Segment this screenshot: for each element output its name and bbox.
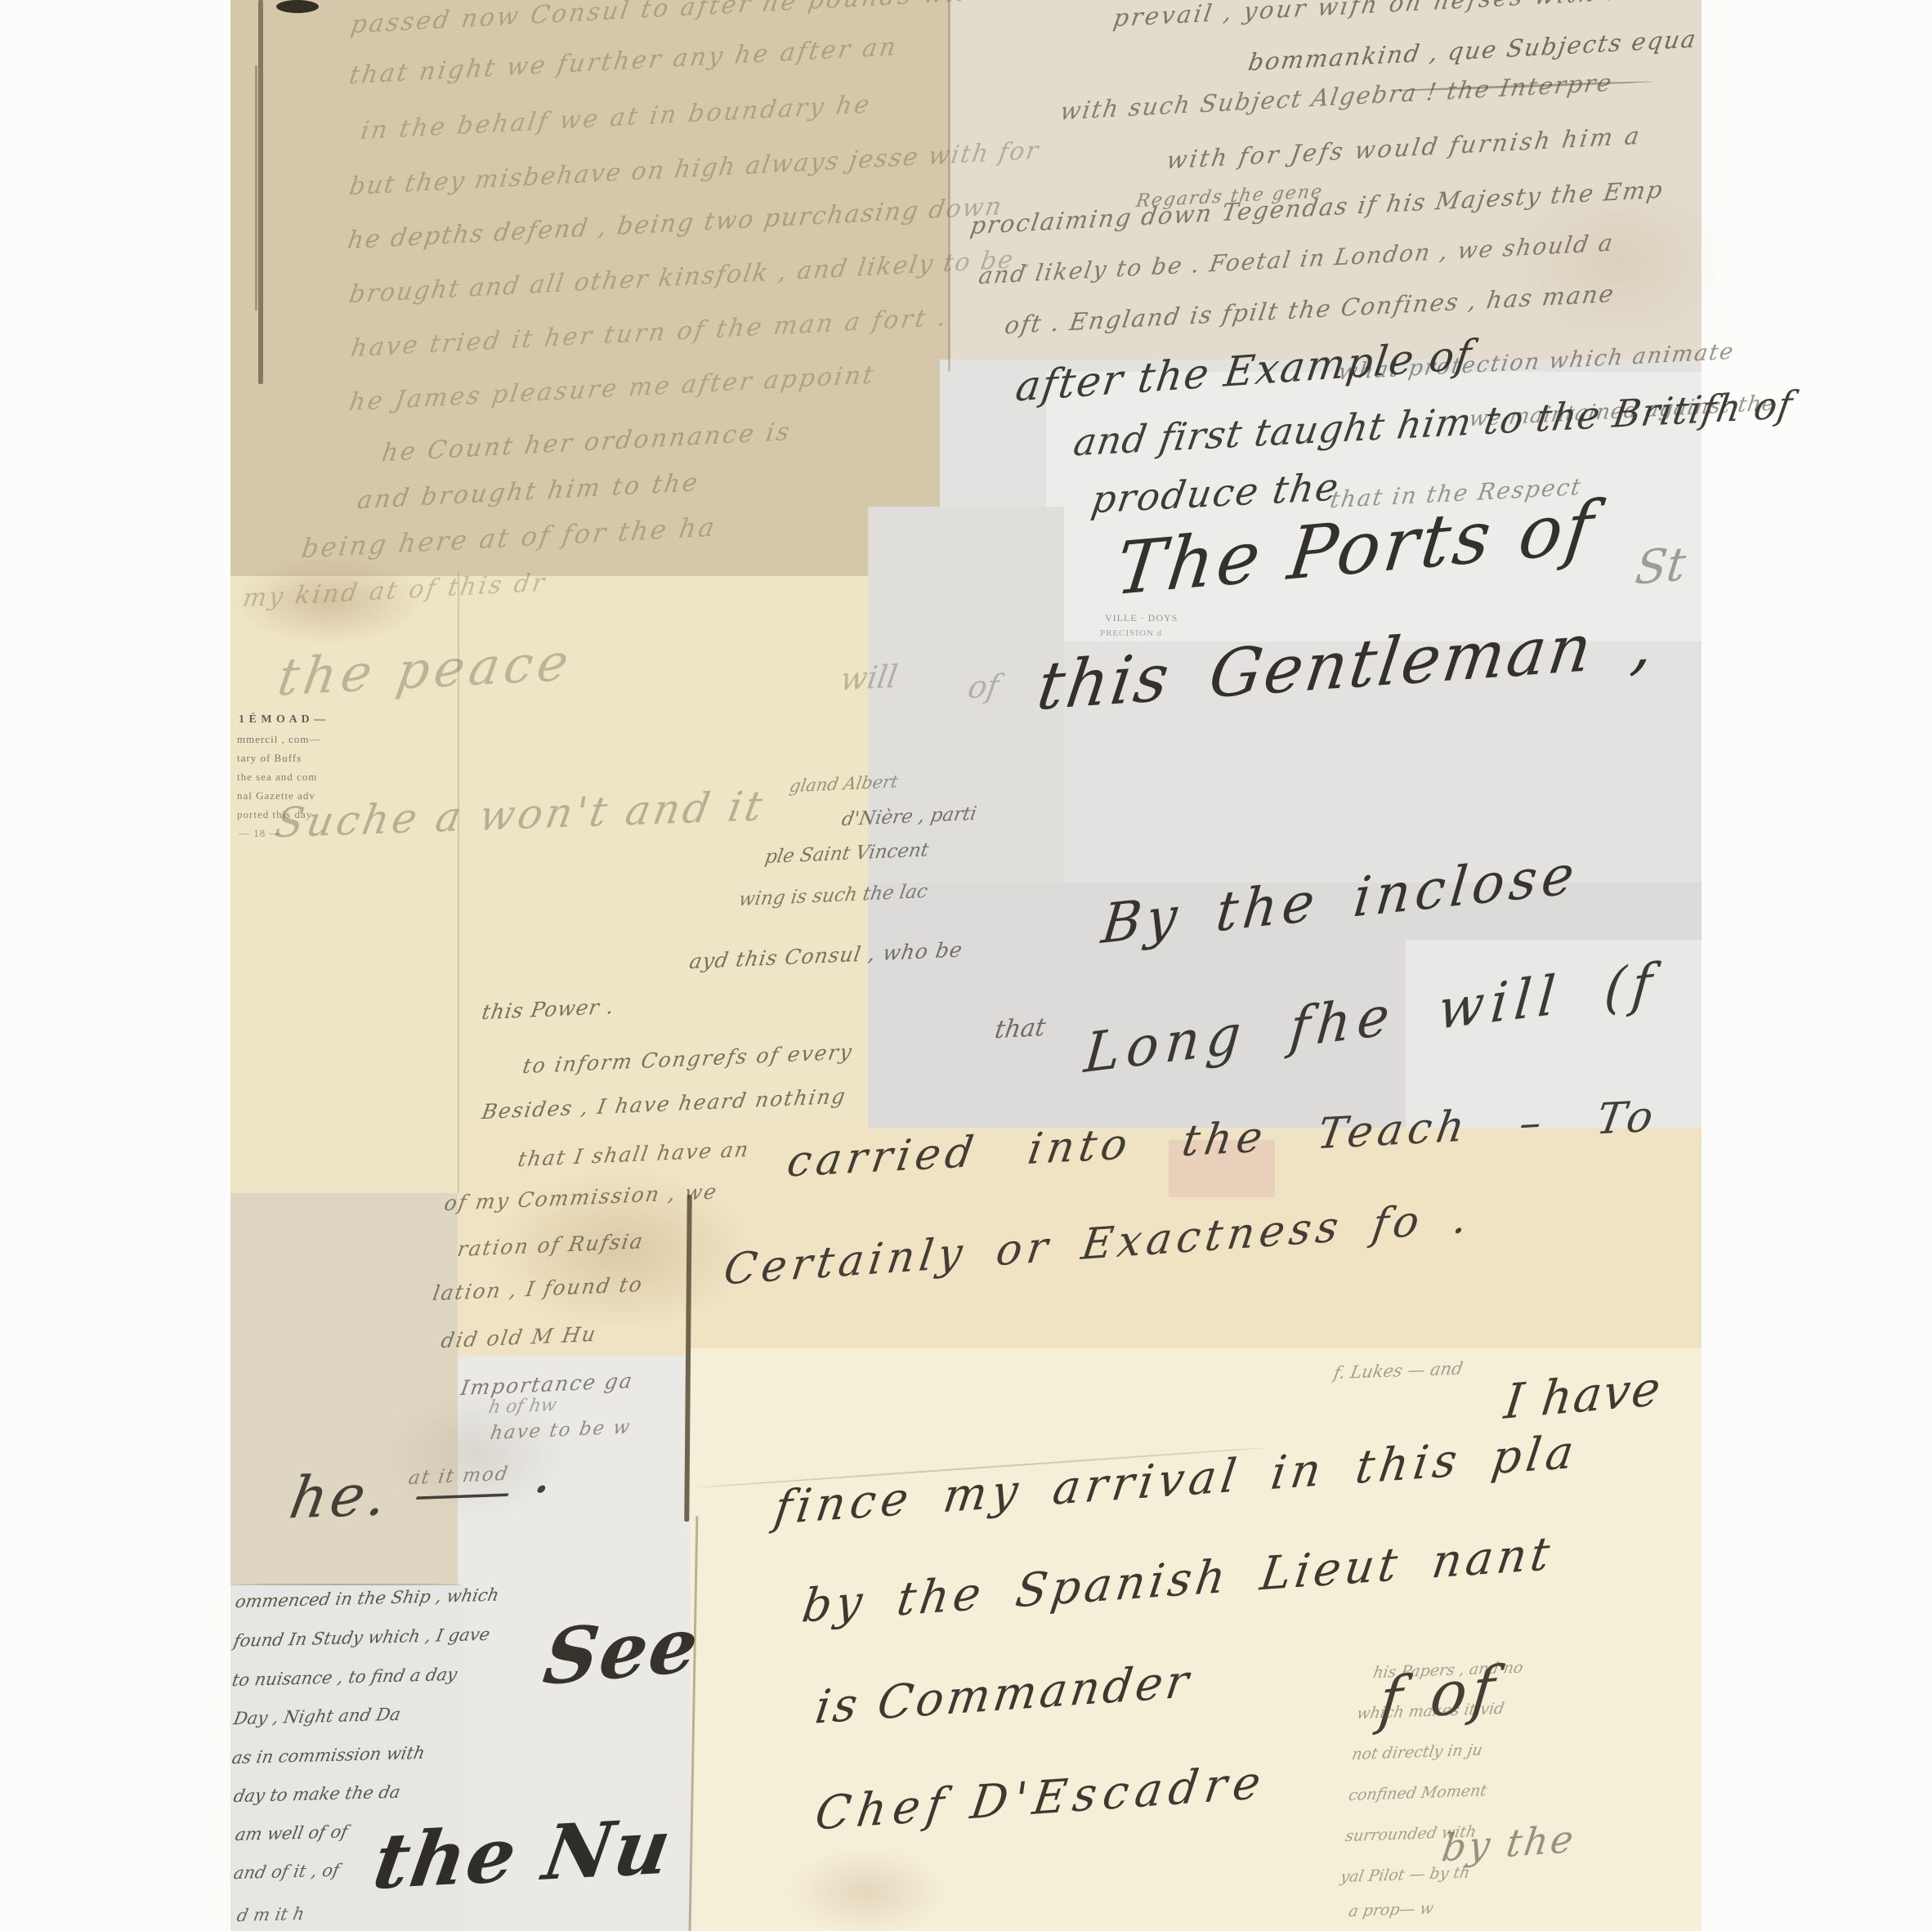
print-line: the sea and com	[237, 771, 317, 782]
script-line: a prop— w	[1348, 1901, 1435, 1920]
script-line: he. ⸺ ·	[286, 1460, 559, 1527]
script-line: the peace	[275, 637, 576, 703]
script-line: gland Albert	[788, 773, 899, 795]
script-line: and of it , of	[232, 1862, 341, 1882]
script-line: See	[540, 1606, 704, 1696]
script-line: of	[966, 670, 1001, 703]
script-line: day to make the da	[232, 1784, 401, 1805]
print-line: tary of Buffs	[237, 753, 302, 763]
print-line: mmercil , com—	[237, 734, 320, 744]
print-line: 1 É M O A D —	[239, 714, 326, 726]
print-line: — 18 —	[239, 828, 281, 838]
paper-edge-dark	[258, 0, 263, 384]
script-line: will	[839, 660, 900, 695]
script-line: the Nu	[369, 1808, 677, 1900]
print-line: nal Gazette adv	[237, 790, 315, 801]
script-line: h of hw	[487, 1397, 557, 1417]
script-line: I have	[1502, 1364, 1665, 1426]
script-line: that	[993, 1016, 1047, 1044]
print-line: PRECISION d	[1100, 629, 1162, 638]
top-ink-blot	[276, 0, 319, 13]
script-line: St	[1633, 542, 1688, 592]
script-line: f. Lukes — and	[1332, 1360, 1464, 1382]
script-line: d m it h	[235, 1906, 306, 1924]
print-line: VILLE · DOYS	[1105, 613, 1178, 623]
script-line: Day , Night and Da	[232, 1706, 402, 1728]
page-background: passed now Consul to after he pounds wil…	[0, 0, 1932, 1931]
gray-block-edge	[230, 1584, 463, 1585]
script-line: am well of of	[234, 1823, 349, 1844]
script-line: this Power .	[481, 996, 616, 1022]
paper-edge-soft	[255, 65, 257, 311]
print-line: ported this day	[237, 809, 312, 820]
crease-top	[948, 0, 950, 372]
